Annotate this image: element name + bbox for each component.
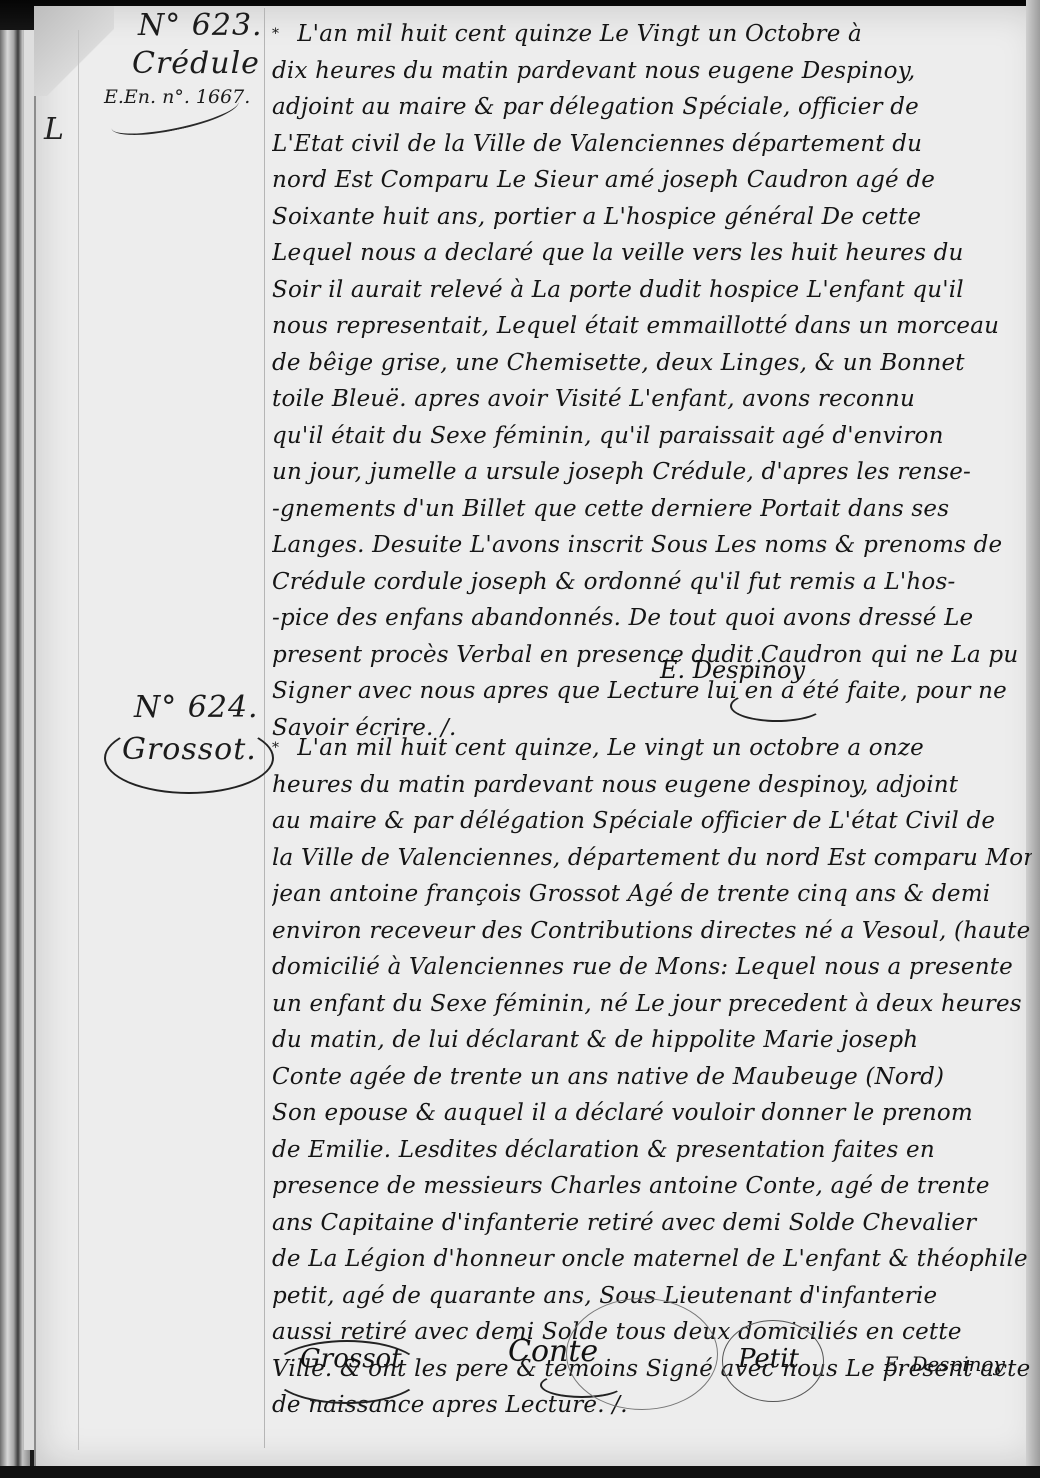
signature-despinoy: E. Despinoy — [660, 656, 805, 684]
entry-line: de Emilie. Lesdites déclaration & presen… — [272, 1132, 1032, 1169]
entry-line: ans Capitaine d'infanterie retiré avec d… — [272, 1205, 1032, 1242]
entry-line: Son epouse & auquel il a déclaré vouloir… — [272, 1095, 1032, 1132]
entry-line: presence de messieurs Charles antoine Co… — [272, 1168, 1032, 1205]
entry-623-text: *L'an mil huit cent quinze Le Vingt un O… — [272, 16, 1032, 746]
entry-marker: * — [272, 26, 279, 42]
entry-line: du matin, de lui déclarant & de hippolit… — [272, 1022, 1032, 1059]
entry-name-credule: Crédule — [132, 46, 260, 81]
entry-line: nord Est Comparu Le Sieur amé joseph Cau… — [272, 162, 1032, 199]
signature-loop — [566, 1298, 718, 1410]
entry-line: *L'an mil huit cent quinze, Le vingt un … — [272, 730, 1032, 767]
signature-flourish — [730, 690, 824, 722]
entry-line: Conte agée de trente un ans native de Ma… — [272, 1059, 1032, 1096]
entry-line: -pice des enfans abandonnés. De tout quo… — [272, 600, 1032, 637]
entry-line: Crédule cordule joseph & ordonné qu'il f… — [272, 564, 1032, 601]
entry-line: Lequel nous a declaré que la veille vers… — [272, 235, 1032, 272]
entry-number-624: N° 624. — [134, 690, 259, 725]
entry-line: Langes. Desuite L'avons inscrit Sous Les… — [272, 527, 1032, 564]
entry-line: un enfant du Sexe féminin, né Le jour pr… — [272, 986, 1032, 1023]
margin-ruled-line — [264, 8, 265, 1448]
entry-line: environ receveur des Contributions direc… — [272, 913, 1032, 950]
entry-line: present procès Verbal en presence dudit … — [272, 637, 1032, 674]
entry-line: jean antoine françois Grossot Agé de tre… — [272, 876, 1032, 913]
entry-line: qu'il était du Sexe féminin, qu'il parai… — [272, 418, 1032, 455]
entry-line: L'Etat civil de la Ville de Valenciennes… — [272, 126, 1032, 163]
entry-line: dix heures du matin pardevant nous eugen… — [272, 53, 1032, 90]
entry-line: *L'an mil huit cent quinze Le Vingt un O… — [272, 16, 1032, 53]
entry-number-623: N° 623. — [138, 8, 263, 43]
signature-grossot: Grossot — [300, 1344, 402, 1374]
entry-line: de bêige grise, une Chemisette, deux Lin… — [272, 345, 1032, 382]
entry-line: adjoint au maire & par délegation Spécia… — [272, 89, 1032, 126]
scan-bottom-edge — [0, 1466, 1040, 1478]
entry-marker: * — [272, 740, 279, 756]
entry-line: un jour, jumelle a ursule joseph Crédule… — [272, 454, 1032, 491]
entry-line: de La Légion d'honneur oncle maternel de… — [272, 1241, 1032, 1278]
entry-line: Signer avec nous apres que Lecture lui e… — [272, 673, 1032, 710]
signature-petit: Petit — [738, 1344, 799, 1374]
name-encircling-oval — [104, 722, 274, 794]
entry-line: toile Bleuë. apres avoir Visité L'enfant… — [272, 381, 1032, 418]
left-margin-mark: L — [44, 112, 64, 147]
entry-line: heures du matin pardevant nous eugene de… — [272, 767, 1032, 804]
entry-line: la Ville de Valenciennes, département du… — [272, 840, 1032, 877]
entry-line: domicilié à Valenciennes rue de Mons: Le… — [272, 949, 1032, 986]
entry-line: -gnements d'un Billet que cette derniere… — [272, 491, 1032, 528]
entry-line: nous representait, Lequel était emmaillo… — [272, 308, 1032, 345]
left-ruled-line — [78, 30, 79, 1450]
signature-despinoy: E. Despinoy — [884, 1352, 1005, 1376]
page-corner-fold — [34, 6, 114, 96]
entry-line: Soir il aurait relevé à La porte dudit h… — [272, 272, 1032, 309]
entry-line: Soixante huit ans, portier a L'hospice g… — [272, 199, 1032, 236]
entry-line: au maire & par délégation Spéciale offic… — [272, 803, 1032, 840]
